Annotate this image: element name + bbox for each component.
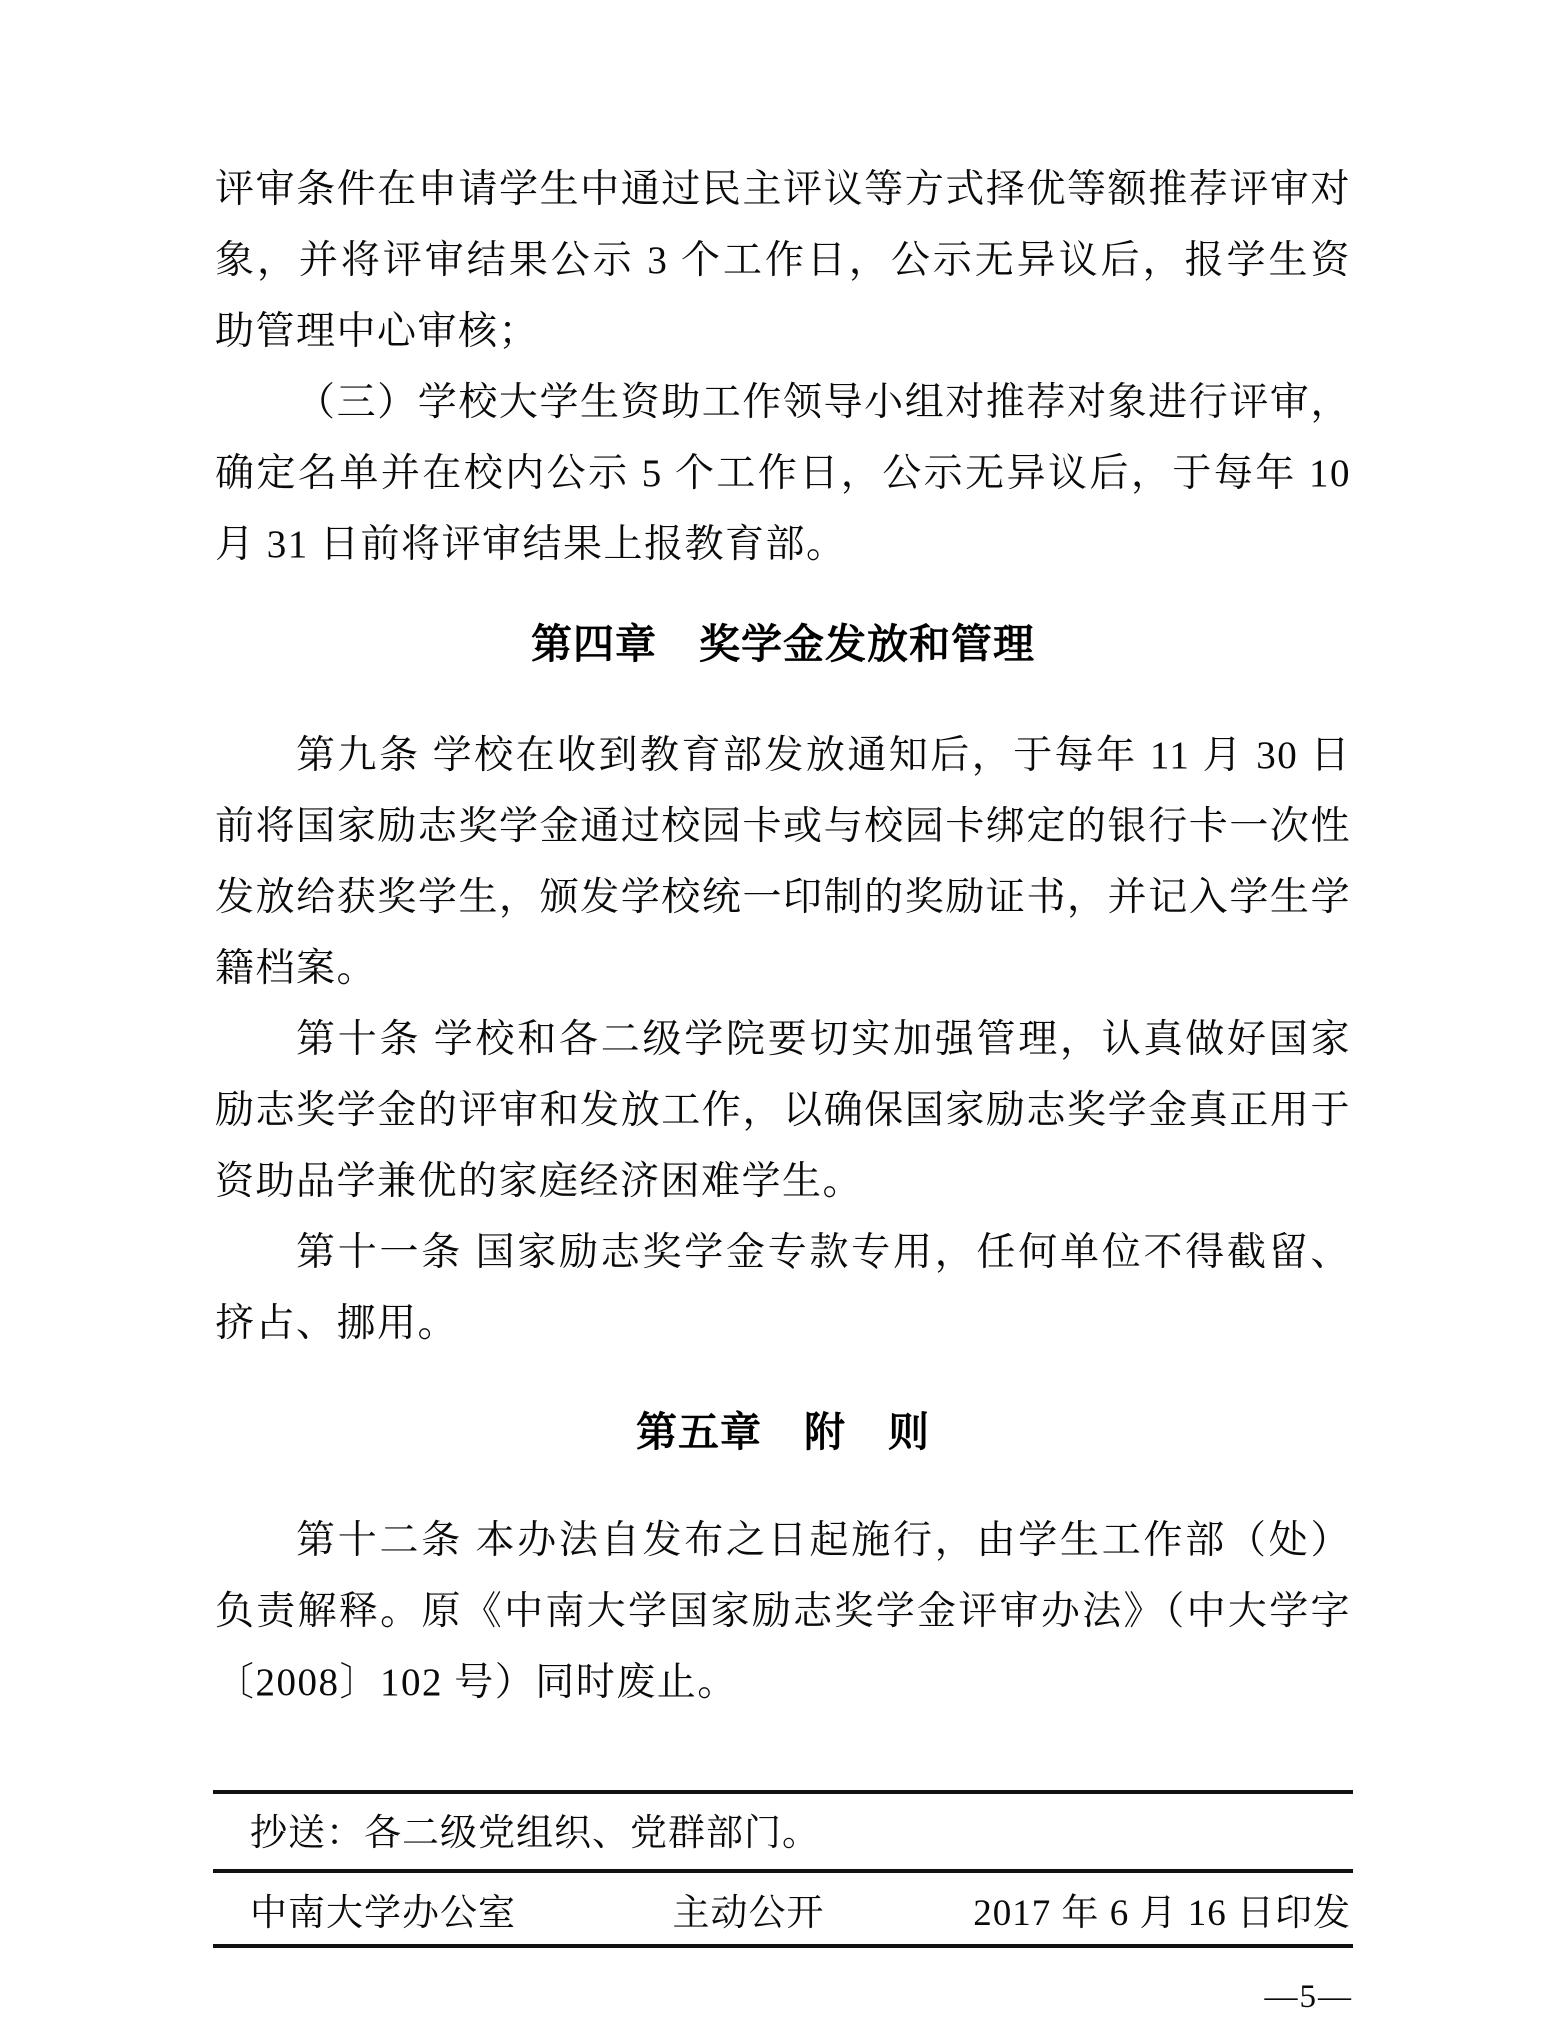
cc-distribution-line: 抄送：各二级党组织、党群部门。	[250, 1798, 820, 1869]
chapter-5-heading: 第五章 附 则	[215, 1397, 1351, 1468]
print-date: 2017 年 6 月 16 日印发	[904, 1882, 1353, 1936]
divider-bottom-rule	[213, 1944, 1353, 1948]
chapter-4-heading: 第四章 奖学金发放和管理	[215, 609, 1351, 680]
document-body: 评审条件在申请学生中通过民主评议等方式择优等额推荐评审对象，并将评审结果公示 3…	[215, 154, 1351, 1718]
page-number: —5—	[213, 1962, 1353, 2033]
article-12-paragraph: 第十二条 本办法自发布之日起施行，由学生工作部（处）负责解释。原《中南大学国家励…	[215, 1505, 1351, 1718]
issuing-office: 中南大学办公室	[213, 1882, 593, 1936]
article-11-paragraph: 第十一条 国家励志奖学金专款专用，任何单位不得截留、挤占、挪用。	[215, 1217, 1351, 1359]
document-page: 评审条件在申请学生中通过民主评议等方式择优等额推荐评审对象，并将评审结果公示 3…	[0, 0, 1557, 2037]
divider-top-rule	[213, 1790, 1353, 1794]
article-9-paragraph: 第九条 学校在收到教育部发放通知后，于每年 11 月 30 日前将国家励志奖学金…	[215, 720, 1351, 1004]
paragraph-continuation: 评审条件在申请学生中通过民主评议等方式择优等额推荐评审对象，并将评审结果公示 3…	[215, 154, 1351, 367]
colophon-row: 中南大学办公室 主动公开 2017 年 6 月 16 日印发	[213, 1873, 1353, 1944]
disclosure-level: 主动公开	[593, 1882, 904, 1936]
article-10-paragraph: 第十条 学校和各二级学院要切实加强管理，认真做好国家励志奖学金的评审和发放工作，…	[215, 1004, 1351, 1217]
paragraph-item-3: （三）学校大学生资助工作领导小组对推荐对象进行评审，确定名单并在校内公示 5 个…	[215, 367, 1351, 580]
